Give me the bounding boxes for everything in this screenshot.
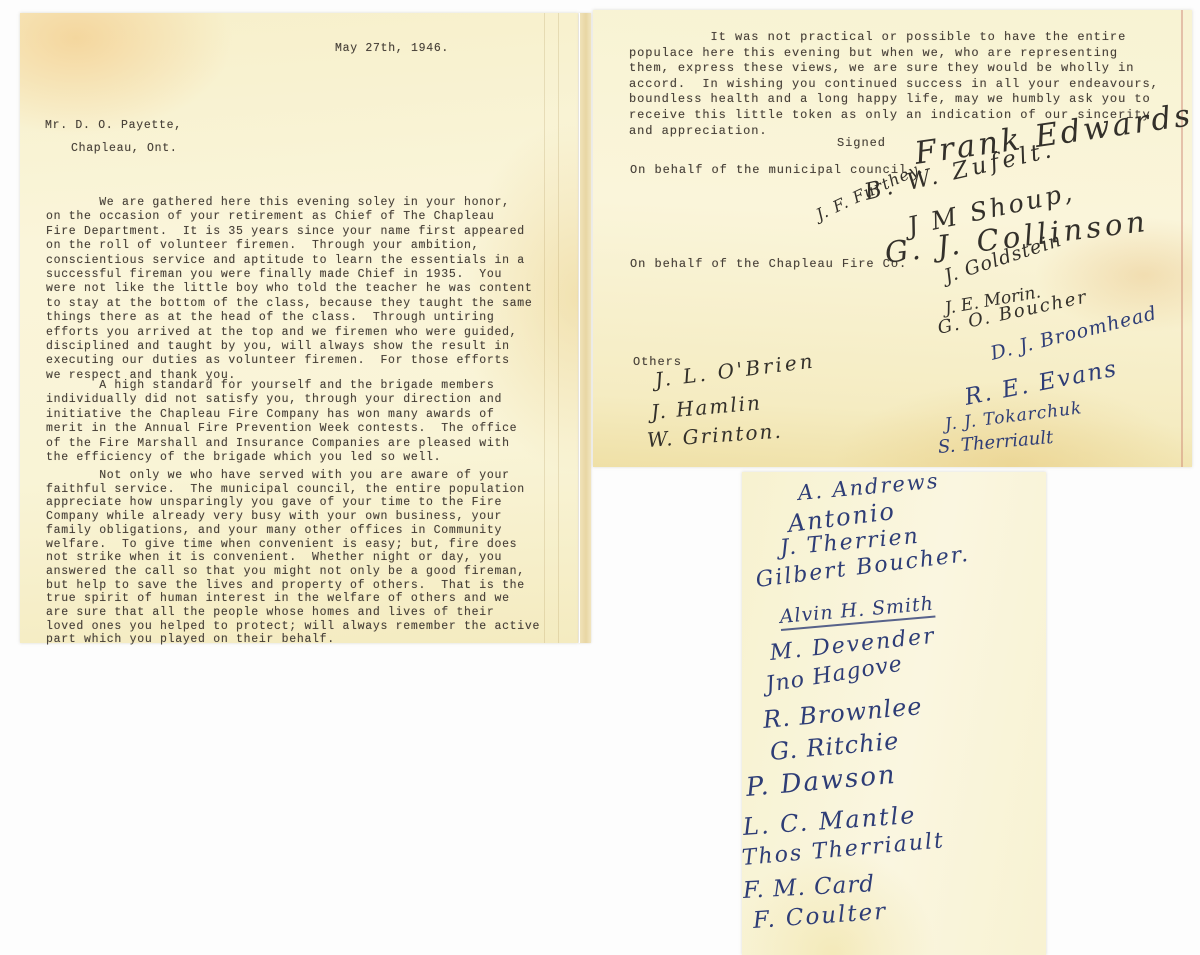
paper-crease: [544, 13, 545, 643]
signature-brownlee: R. Brownlee: [762, 692, 924, 734]
signature-obrien: J. L. O'Brien: [654, 348, 817, 391]
signature-layer: A. Andrews Antonio J. Therrien Gilbert B…: [742, 472, 1046, 955]
page-edge-fold: [579, 13, 591, 643]
recipient-city: Chapleau, Ont.: [71, 142, 177, 156]
signature-hamlin: J. Hamlin: [650, 390, 763, 424]
signature-coulter: F. Coulter: [752, 899, 888, 934]
date-line: May 27th, 1946.: [335, 42, 449, 56]
paper-crease: [558, 13, 559, 643]
signature-grinton: W. Grinton.: [646, 419, 783, 452]
letter-page-1: May 27th, 1946. Mr. D. O. Payette, Chapl…: [20, 13, 578, 643]
signature-ritchie: G. Ritchie: [769, 727, 901, 766]
letter-paragraph-2: A high standard for yourself and the bri…: [46, 379, 517, 465]
signature-layer: Frank Edwards B. W. Zufelt. J. F. Furthe…: [593, 10, 1192, 467]
letter-paragraph-3: Not only we who have served with you are…: [46, 469, 540, 647]
signature-page-3: A. Andrews Antonio J. Therrien Gilbert B…: [742, 472, 1046, 955]
signature-dawson: P. Dawson: [745, 760, 898, 803]
signature-card: F. M. Card: [742, 871, 875, 904]
scanned-letter: May 27th, 1946. Mr. D. O. Payette, Chapl…: [0, 0, 1200, 955]
letter-page-2: It was not practical or possible to have…: [593, 10, 1192, 467]
letter-paragraph-1: We are gathered here this evening soley …: [46, 196, 532, 383]
recipient-name: Mr. D. O. Payette,: [45, 119, 182, 133]
